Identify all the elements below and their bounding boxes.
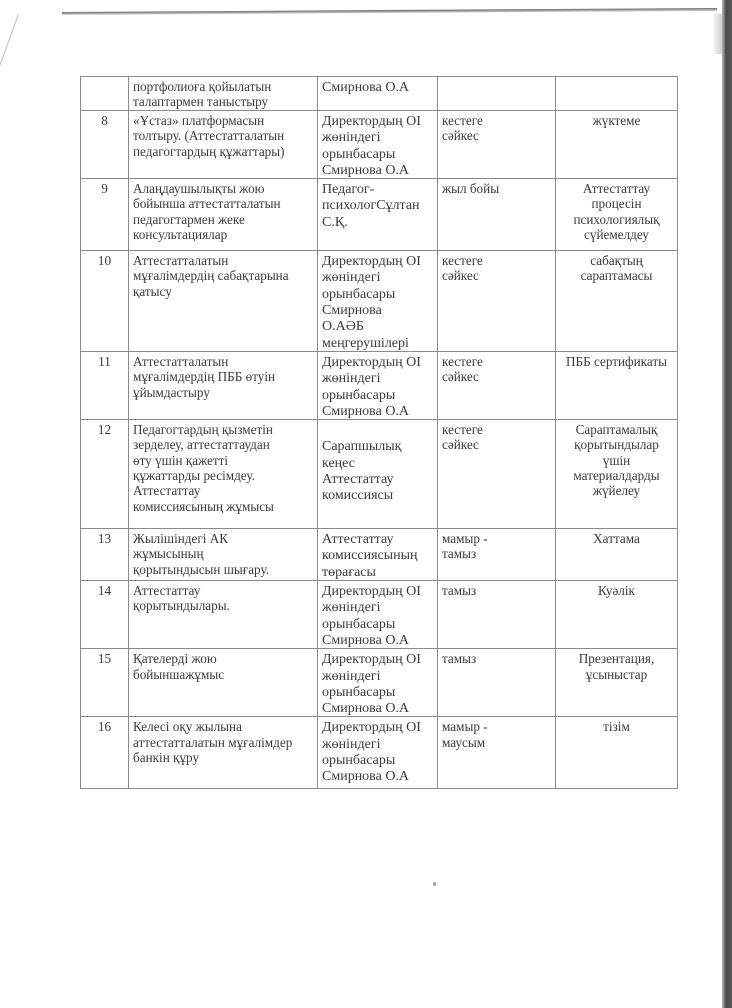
result-cell: Хаттама	[556, 529, 678, 581]
row-number: 11	[81, 351, 129, 419]
responsible-cell: Директордың ОІ жөніндегі орынбасары Смир…	[318, 111, 438, 179]
table-row: 10 Аттестатталатын мұғалімдердің сабақта…	[81, 251, 678, 352]
term-cell: мамыр - тамыз	[438, 529, 556, 581]
row-number: 14	[81, 581, 129, 649]
task-cell: Жылішіндегі АК жұмысының қорытындысын шы…	[129, 529, 318, 581]
task-cell: Аттестатталатын мұғалімдердің ПББ өтуін …	[129, 351, 318, 419]
responsible-cell: Педагог- психологСұлтан С.Қ.	[318, 179, 438, 251]
task-cell: портфолиоға қойылатын талаптармен таныст…	[129, 77, 318, 111]
task-cell: Қателерді жою бойыншажұмыс	[129, 649, 318, 717]
table-row: 15 Қателерді жою бойыншажұмыс Директорды…	[81, 649, 678, 717]
table-row: 8 «Ұстаз» платформасын толтыру. (Аттеста…	[81, 111, 678, 179]
result-cell: Куәлік	[556, 581, 678, 649]
task-cell: Аттестаттау қорытындылары.	[129, 581, 318, 649]
result-cell: Аттестаттау процесін психологиялық сүйем…	[556, 179, 678, 251]
responsible-cell: Директордың ОІ жөніндегі орынбасары Смир…	[318, 649, 438, 717]
scan-speck	[433, 882, 436, 886]
task-cell: Аттестатталатын мұғалімдердің сабақтарын…	[129, 251, 318, 352]
task-cell: «Ұстаз» платформасын толтыру. (Аттестатт…	[129, 111, 318, 179]
responsible-cell: Директордың ОІ жөніндегі орынбасары Смир…	[318, 351, 438, 419]
responsible-cell: Директордың ОІ жөніндегі орынбасары Смир…	[318, 251, 438, 352]
term-cell: кестеге сәйкес	[438, 251, 556, 352]
responsible-cell: Директордың ОІ жөніндегі орынбасары Смир…	[318, 581, 438, 649]
result-cell: тізім	[556, 717, 678, 789]
scan-page-edge-right	[722, 0, 732, 1008]
result-cell	[556, 77, 678, 111]
task-cell: Келесі оқу жылына аттестатталатын мұғалі…	[129, 717, 318, 789]
table-row: 11 Аттестатталатын мұғалімдердің ПББ өту…	[81, 351, 678, 419]
row-number: 13	[81, 529, 129, 581]
table-row: 14 Аттестаттау қорытындылары. Директорды…	[81, 581, 678, 649]
table-row: 9 Алаңдаушылықты жою бойынша аттестаттал…	[81, 179, 678, 251]
attestation-plan-table: портфолиоға қойылатын талаптармен таныст…	[80, 76, 678, 789]
term-cell: кестеге сәйкес	[438, 420, 556, 529]
responsible-cell: Директордың ОІ жөніндегі орынбасары Смир…	[318, 717, 438, 789]
term-cell	[438, 77, 556, 111]
term-cell: мамыр - маусым	[438, 717, 556, 789]
result-cell: ПББ сертификаты	[556, 351, 678, 419]
result-cell: Презентация, ұсыныстар	[556, 649, 678, 717]
result-cell: жүктеме	[556, 111, 678, 179]
table-body: портфолиоға қойылатын талаптармен таныст…	[81, 77, 678, 789]
table-row: портфолиоға қойылатын талаптармен таныст…	[81, 77, 678, 111]
table-row: 13 Жылішіндегі АК жұмысының қорытындысын…	[81, 529, 678, 581]
result-cell: сабақтың сараптамасы	[556, 251, 678, 352]
row-number	[81, 77, 129, 111]
row-number: 10	[81, 251, 129, 352]
table-row: 12 Педагогтардың қызметін зерделеу, атте…	[81, 420, 678, 529]
result-cell: Сараптамалық қорытындылар үшін материалд…	[556, 420, 678, 529]
term-cell: тамыз	[438, 581, 556, 649]
scan-page-edge-top	[62, 8, 717, 15]
table-row: 16 Келесі оқу жылына аттестатталатын мұғ…	[81, 717, 678, 789]
row-number: 16	[81, 717, 129, 789]
task-cell: Алаңдаушылықты жою бойынша аттестатталат…	[129, 179, 318, 251]
row-number: 8	[81, 111, 129, 179]
scan-page-edge-left	[0, 14, 19, 296]
responsible-cell: Аттестаттау комиссиясының төрағасы	[318, 529, 438, 581]
term-cell: кестеге сәйкес	[438, 111, 556, 179]
term-cell: кестеге сәйкес	[438, 351, 556, 419]
row-number: 12	[81, 420, 129, 529]
task-cell: Педагогтардың қызметін зерделеу, аттеста…	[129, 420, 318, 529]
term-cell: жыл бойы	[438, 179, 556, 251]
row-number: 15	[81, 649, 129, 717]
scan-shadow	[714, 14, 722, 54]
responsible-cell: Смирнова О.А	[318, 77, 438, 111]
responsible-cell: Сарапшылық кеңес Аттестаттау комиссиясы	[318, 420, 438, 529]
term-cell: тамыз	[438, 649, 556, 717]
row-number: 9	[81, 179, 129, 251]
